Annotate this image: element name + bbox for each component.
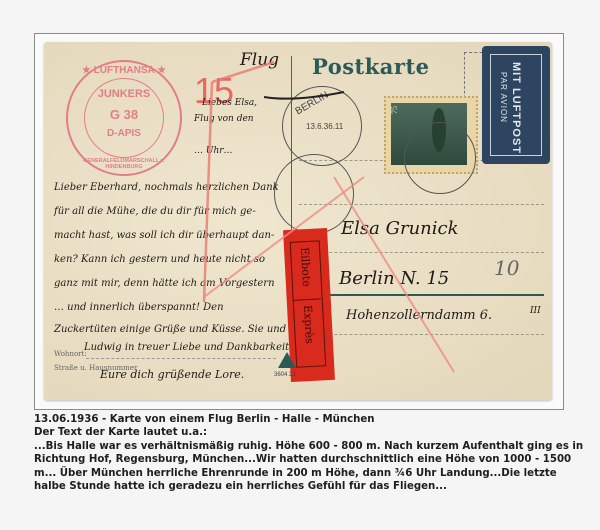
caption-text-line: ...Bis Halle war es verhältnismäßig ruhi…: [34, 440, 574, 453]
caption-text-line: Richtung Hof, Regensburg, München...Wir …: [34, 453, 574, 466]
caption-text-line: m... Über München herrliche Ehrenrunde i…: [34, 467, 574, 480]
caption-subtitle: Der Text der Karte lautet u.a.:: [34, 426, 574, 439]
caption-title: 13.06.1936 - Karte von einem Flug Berlin…: [34, 413, 574, 426]
caption-text-line: halbe Stunde hatte ich geradezu ein herr…: [34, 480, 574, 493]
red-pencil-marks: [44, 42, 552, 400]
postcard: Postkarte ★ LUFTHANSA ★ JUNKERS G 38 D-A…: [44, 42, 552, 400]
caption: 13.06.1936 - Karte von einem Flug Berlin…: [34, 413, 574, 493]
